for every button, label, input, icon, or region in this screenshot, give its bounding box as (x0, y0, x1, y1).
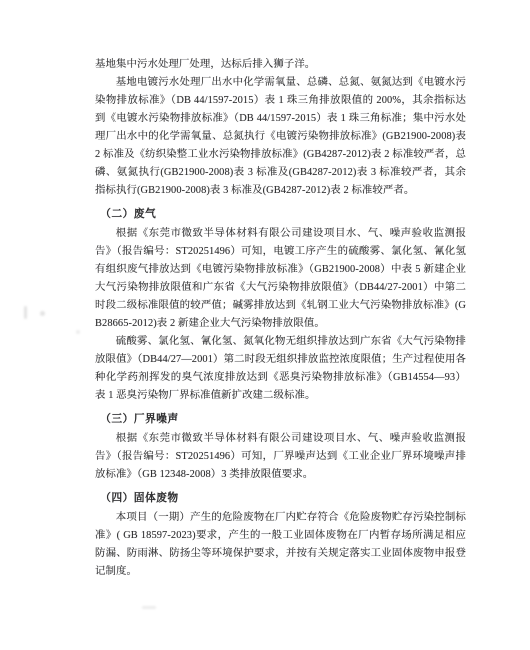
paragraph-electroplating-wastewater-standards: 基地电镀污水处理厂出水中化学需氧量、总磷、总氮、氨氮达到《电镀水污染物排放标准》… (95, 74, 466, 200)
paragraph-unorganized-gas-emissions: 硫酸雾、氯化氢、氰化氢、氮氧化物无组织排放达到广东省《大气污染物排放限值》（DB… (95, 333, 466, 405)
heading-section-waste-gas: （二）废气 (95, 206, 466, 224)
scan-artifact (142, 606, 156, 609)
document-text-block: 基地集中污水处理厂处理，达标后排入狮子洋。 基地电镀污水处理厂出水中化学需氧量、… (95, 56, 466, 581)
scan-artifact (40, 311, 45, 316)
scan-artifact (76, 330, 80, 334)
heading-section-solid-waste: （四）固体废物 (95, 490, 466, 508)
paragraph-organized-gas-emissions: 根据《东莞市微致半导体材料有限公司建设项目水、气、噪声验收监测报告》（报告编号：… (95, 225, 466, 333)
scanned-document-page: 基地集中污水处理厂处理，达标后排入狮子洋。 基地电镀污水处理厂出水中化学需氧量、… (0, 0, 530, 650)
paragraph-boundary-noise: 根据《东莞市微致半导体材料有限公司建设项目水、气、噪声验收监测报告》（报告编号：… (95, 430, 466, 484)
paragraph-wastewater-closing: 基地集中污水处理厂处理，达标后排入狮子洋。 (95, 56, 466, 74)
scan-artifact (24, 306, 27, 319)
heading-section-boundary-noise: （三）厂界噪声 (95, 411, 466, 429)
paragraph-solid-waste: 本项目（一期）产生的危险废物在厂内贮存符合《危险废物贮存污染控制标准》( GB … (95, 509, 466, 581)
